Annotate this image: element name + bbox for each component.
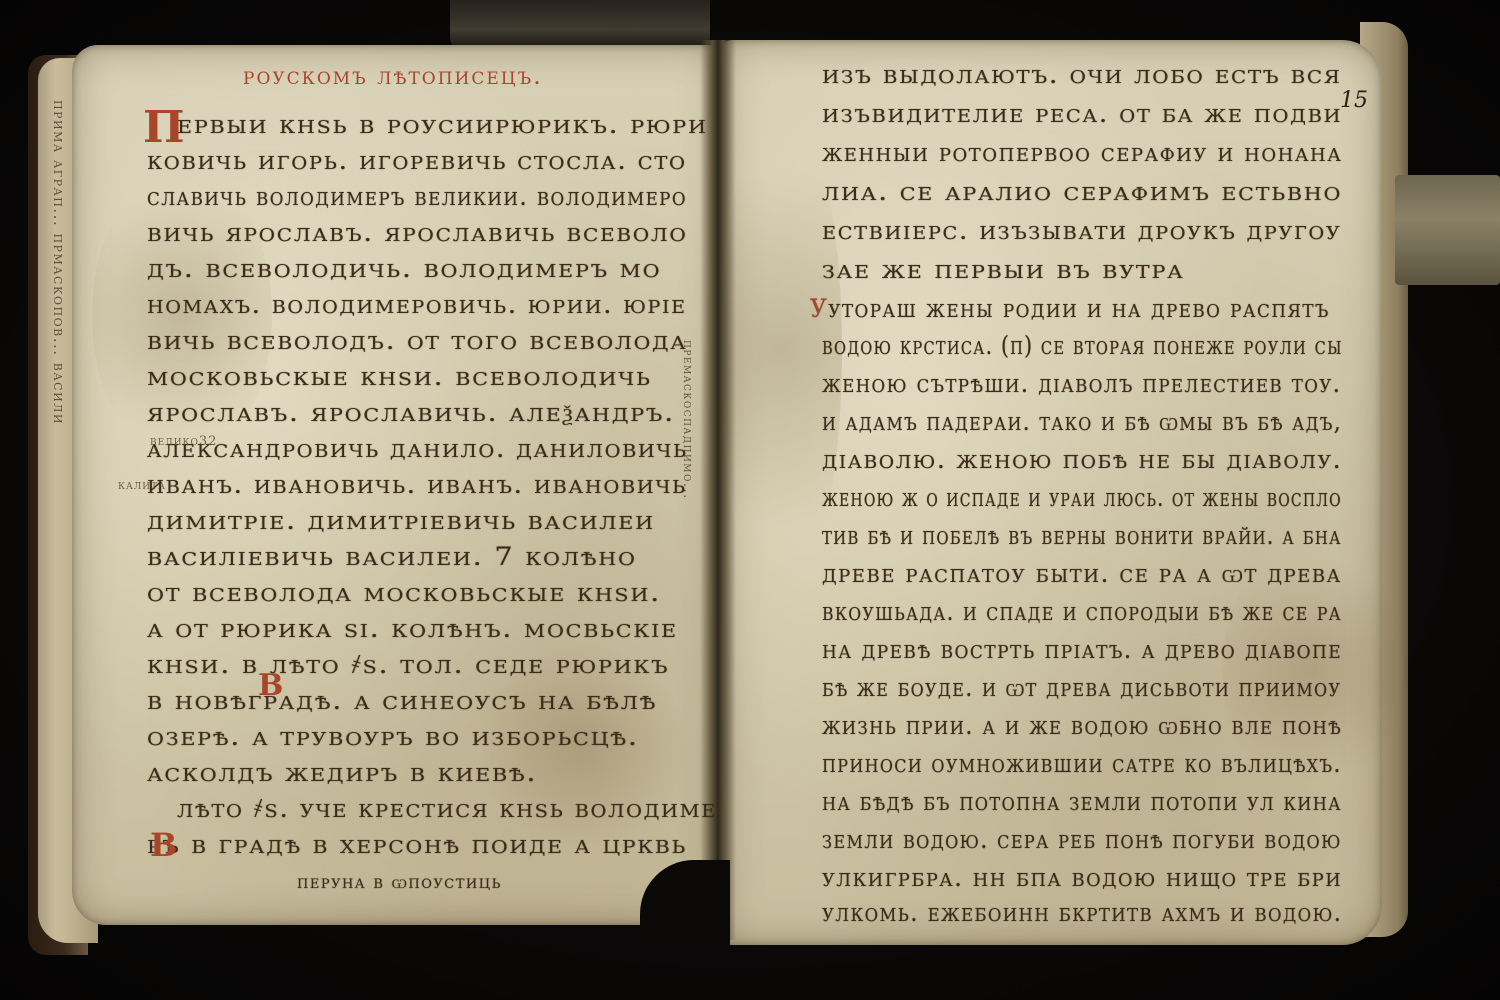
red-initial: В	[150, 826, 177, 864]
text-line: древе распатоу быти. се ра а ѡт древа	[822, 561, 1342, 591]
text-line: земли водою. сера реб понѣ погуби водою	[822, 827, 1342, 857]
clasp-strap-right	[1395, 175, 1500, 285]
text-line: діаволю. женою побѣ не бы діаволу.	[822, 447, 1342, 477]
folio-number: 15	[1340, 88, 1368, 113]
text-line: изъвидителие реса. от ба же подви	[822, 101, 1342, 131]
text-line: ярославъ. ярославичь. алеѯандръ.	[147, 400, 675, 430]
binding-strap-top	[450, 0, 710, 50]
text-line: московьскые кнѕи. всеволодичь	[147, 364, 652, 394]
text-line-footer: перуна в ѡпоустиць	[297, 874, 502, 904]
text-line: а от рюрика ѕі. колѣнъ. мосвьскіе	[147, 616, 678, 646]
text-line: на древѣ вострть пріатъ. а древо діавопе	[822, 637, 1342, 667]
text-line: улкомь. ежебоинн бкртитв ахмъ и водою.	[822, 900, 1342, 930]
text-line: изъ выдолаютъ. очи лобо естъ вся	[822, 62, 1341, 92]
text-line: и адамъ падераи. тако и бѣ ѡмы въ бѣ адъ…	[822, 409, 1342, 439]
text-line: женою сътрѣши. діаволъ прелестиев тоу.	[822, 371, 1341, 401]
text-line: кнѕи. в лѣто ҂ѕ. тол. седе рюрикъ	[147, 652, 669, 682]
text-line: тив бѣ и побелѣ въ верны вонити врайи. а…	[822, 523, 1342, 553]
red-initial: В	[258, 668, 283, 703]
text-line: номахъ. володимеровичь. юрии. юріе	[147, 292, 687, 322]
text-line: бѣ же боуде. и ѡт древа дисьвоти приимоу	[822, 675, 1341, 705]
manuscript-photo: роускомъ лѣтописецъ. П ервыи кнѕь в роус…	[0, 0, 1500, 1000]
text-line: димитріе. димитріевичь василеи	[147, 508, 655, 538]
text-line: озерѣ. а трувоуръ во изборьсцѣ.	[147, 724, 639, 754]
text-line: от всеволода московьскые кнѕи.	[147, 580, 661, 610]
text-line: женныи ротопервоо серафиу и нонана	[822, 140, 1342, 170]
text-line: ествиіерс. изъзывати дроукъ другоу	[822, 218, 1341, 248]
text-line: в новѣградѣ. а синеоусъ на бѣлѣ	[147, 688, 657, 718]
margin-note: калита	[118, 478, 166, 493]
text-line: водою крстиса. (п) се вторая понеже роул…	[822, 333, 1343, 363]
red-initial: У	[810, 294, 828, 323]
text-line: лиа. се аралио серафимъ естьвно	[822, 179, 1342, 209]
text-line: жизнь прии. а и же водою ѡбно вле понѣ	[822, 713, 1342, 743]
text-line: зае же первыи въ вутра	[822, 257, 1185, 287]
text-line: василіевичь василеи. 7 колѣно	[147, 544, 637, 574]
text-line: ръ в градѣ в херсонѣ поиде а црквь	[147, 832, 687, 862]
margin-note: велико32	[150, 434, 217, 449]
text-line: ервыи кнѕь в роусиирюрикъ. рюри	[177, 112, 708, 142]
text-line: ковичь игорь. игоревичь стосла. сто	[147, 148, 687, 178]
text-line: вичь ярославъ. ярославичь всеволо	[147, 220, 687, 250]
text-line: александровичь данило. даниловичь	[147, 436, 688, 466]
text-line: славичь володимеръ великии. володимеро	[147, 184, 687, 214]
chronicle-title: роускомъ лѣтописецъ.	[243, 62, 543, 90]
margin-note-vertical: прима аграп... прмаскопов... васили	[50, 100, 68, 560]
text-line: лѣто ҂ѕ. уче крестися кнѕь володиме	[177, 796, 717, 826]
text-line: иванъ. ивановичь. иванъ. ивановичь	[147, 472, 687, 502]
right-page-text: изъ выдолаютъ. очи лобо естъ вся изъвиди…	[822, 62, 1342, 902]
text-line: вкоушьада. и спаде и спородыи бѣ же се р…	[822, 599, 1342, 629]
text-line: вичь всеволодъ. от того всеволода	[147, 328, 687, 358]
text-line: асколдъ жедиръ в киевѣ.	[147, 760, 537, 790]
text-line: на бѣдѣ бъ потопна земли потопи ул кина	[822, 789, 1342, 819]
text-span: утораш жены родии и на древо распятъ	[828, 294, 1329, 323]
text-line: приноси оумножившии сатре ко вълицѣхъ.	[822, 751, 1342, 781]
text-line: женою ж о испаде и ураи люсь. от жены во…	[822, 485, 1342, 515]
margin-note-vertical: премаскоспадпимо...	[680, 340, 695, 820]
text-line: дъ. всеволодичь. володимеръ мо	[147, 256, 661, 286]
text-line: улкигрбра. нн бпа водою нищо тре бри	[822, 865, 1342, 895]
text-line: Уутораш жены родии и на древо распятъ	[810, 296, 1330, 326]
left-page-text: П ервыи кнѕь в роусиирюрикъ. рюри ковичь…	[147, 112, 687, 912]
